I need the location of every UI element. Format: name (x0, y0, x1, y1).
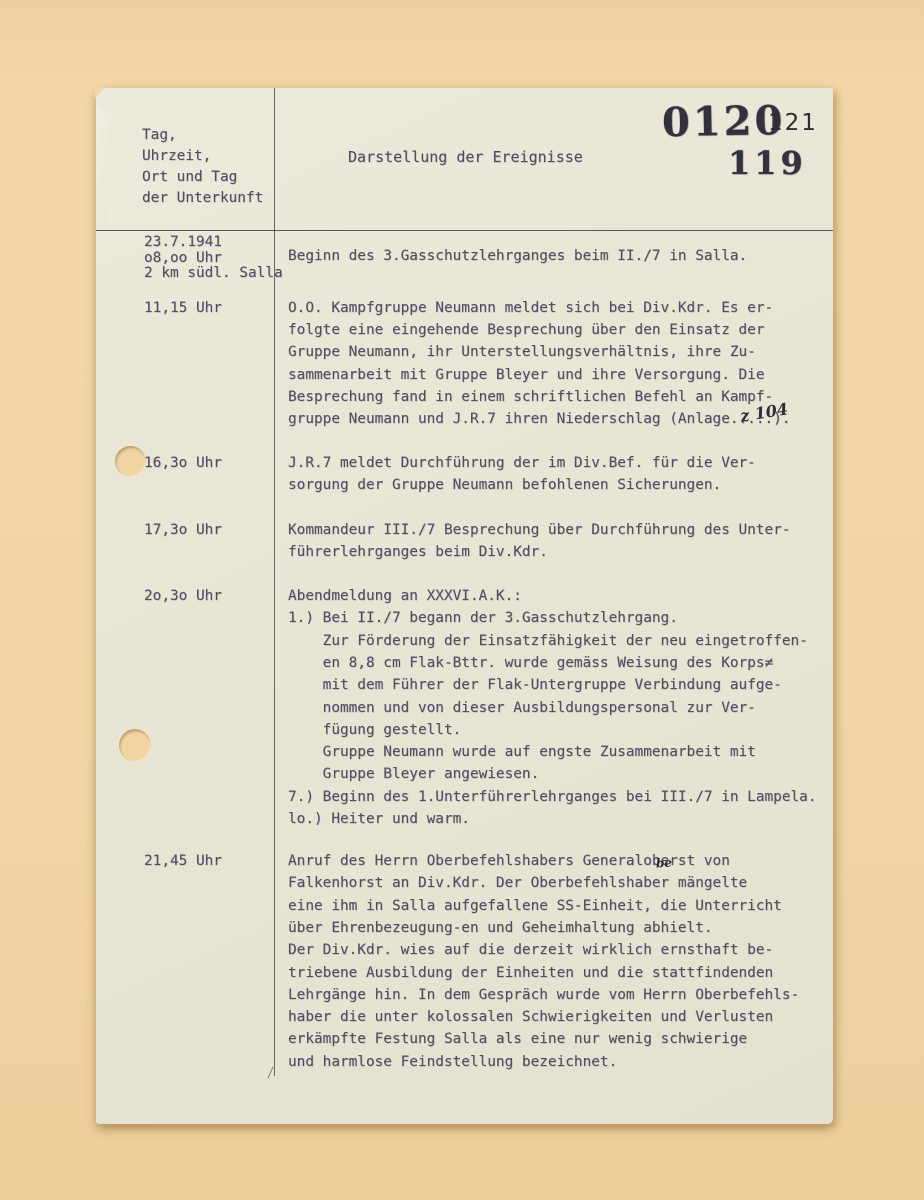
entry-line: nommen und von dieser Ausbildungspersona… (288, 701, 756, 715)
scanned-war-diary-photo: Tag,Uhrzeit,Ort und Tagder Unterkunft Da… (0, 0, 924, 1200)
entry-line: triebene Ausbildung der Einheiten und di… (288, 966, 773, 980)
entry-time: 16,3o Uhr (144, 456, 222, 470)
entry-line: Falkenhorst an Div.Kdr. Der Oberbefehlsh… (288, 876, 747, 890)
entry-line: Besprechung fand in einem schriftlichen … (288, 390, 773, 404)
entry-line: erkämpfte Festung Salla als eine nur wen… (288, 1032, 747, 1046)
corner-fold (96, 104, 113, 234)
entry-line: en 8,8 cm Flak-Bttr. wurde gemäss Weisun… (288, 656, 773, 670)
punch-hole-bottom (119, 729, 151, 762)
entry-line: sammenarbeit mit Gruppe Bleyer und ihre … (288, 368, 765, 382)
entry-line: sorgung der Gruppe Neumann befohlenen Si… (288, 478, 721, 492)
entry-line: Beginn des 3.Gasschutzlehrganges beim II… (288, 249, 747, 263)
entry-time: 23.7.1941 (144, 235, 222, 249)
entry-line: führerlehrganges beim Div.Kdr. (288, 545, 548, 559)
corner-cut (95, 87, 105, 99)
entry-time: 17,3o Uhr (144, 523, 222, 537)
entry-line: O.O. Kampfgruppe Neumann meldet sich bei… (288, 301, 773, 315)
entry-line: Gruppe Neumann, ihr Unterstellungsverhäl… (288, 345, 756, 359)
entry-time: 2o,3o Uhr (144, 589, 222, 603)
entry-line: und harmlose Feindstellung bezeichnet. (288, 1055, 617, 1069)
column-rule-tail (267, 1066, 273, 1078)
time-column-header-line: Ort und Tag (142, 170, 237, 184)
time-column-header-line: der Unterkunft (142, 191, 263, 205)
entry-line: Abendmeldung an XXXVI.A.K.: (288, 589, 522, 603)
entry-time: 2 km südl. Salla (144, 266, 283, 280)
column-rule (274, 88, 275, 1076)
events-column-header: Darstellung der Ereignisse (348, 150, 583, 165)
entry-line: Gruppe Neumann wurde auf engste Zusammen… (288, 745, 756, 759)
document-page: Tag,Uhrzeit,Ort und Tagder Unterkunft Da… (96, 88, 833, 1124)
entry-line: Der Div.Kdr. wies auf die derzeit wirkli… (288, 943, 773, 957)
entry-time: 21,45 Uhr (144, 854, 222, 868)
entry-line: über Ehrenbezeugung-en und Geheimhaltung… (288, 921, 713, 935)
time-column-header-line: Tag, (142, 128, 177, 142)
entry-line: Kommandeur III./7 Besprechung über Durch… (288, 523, 791, 537)
entry-time: o8,oo Uhr (144, 251, 222, 265)
entry-line: fügung gestellt. (288, 723, 461, 737)
header-rule (96, 230, 833, 231)
entry-line: Gruppe Bleyer angewiesen. (288, 767, 539, 781)
page-number-stamp: 119 (728, 144, 807, 182)
time-column-header-line: Uhrzeit, (142, 149, 211, 163)
entry-line: 1.) Bei II./7 begann der 3.Gasschutzlehr… (288, 611, 678, 625)
entry-line: 7.) Beginn des 1.Unterführerlehrganges b… (288, 790, 817, 804)
entry-line: Lehrgänge hin. In dem Gespräch wurde vom… (288, 988, 799, 1002)
entry-time: 11,15 Uhr (144, 301, 222, 315)
entry-line: lo.) Heiter und warm. (288, 812, 470, 826)
entry-line: eine ihm in Salla aufgefallene SS-Einhei… (288, 899, 782, 913)
handwritten-annotation-be: be (656, 855, 673, 870)
entry-line: J.R.7 meldet Durchführung der im Div.Bef… (288, 456, 756, 470)
punch-hole-top (115, 446, 146, 477)
entry-line: gruppe Neumann und J.R.7 ihren Niedersch… (288, 412, 791, 426)
page-number-print: 121 (768, 110, 818, 136)
entry-line: mit dem Führer der Flak-Untergruppe Verb… (288, 678, 782, 692)
entry-line: Zur Förderung der Einsatzfähigkeit der n… (288, 634, 808, 648)
entry-line: folgte eine eingehende Besprechung über … (288, 323, 765, 337)
entry-line: haber die unter kolossalen Schwierigkeit… (288, 1010, 773, 1024)
